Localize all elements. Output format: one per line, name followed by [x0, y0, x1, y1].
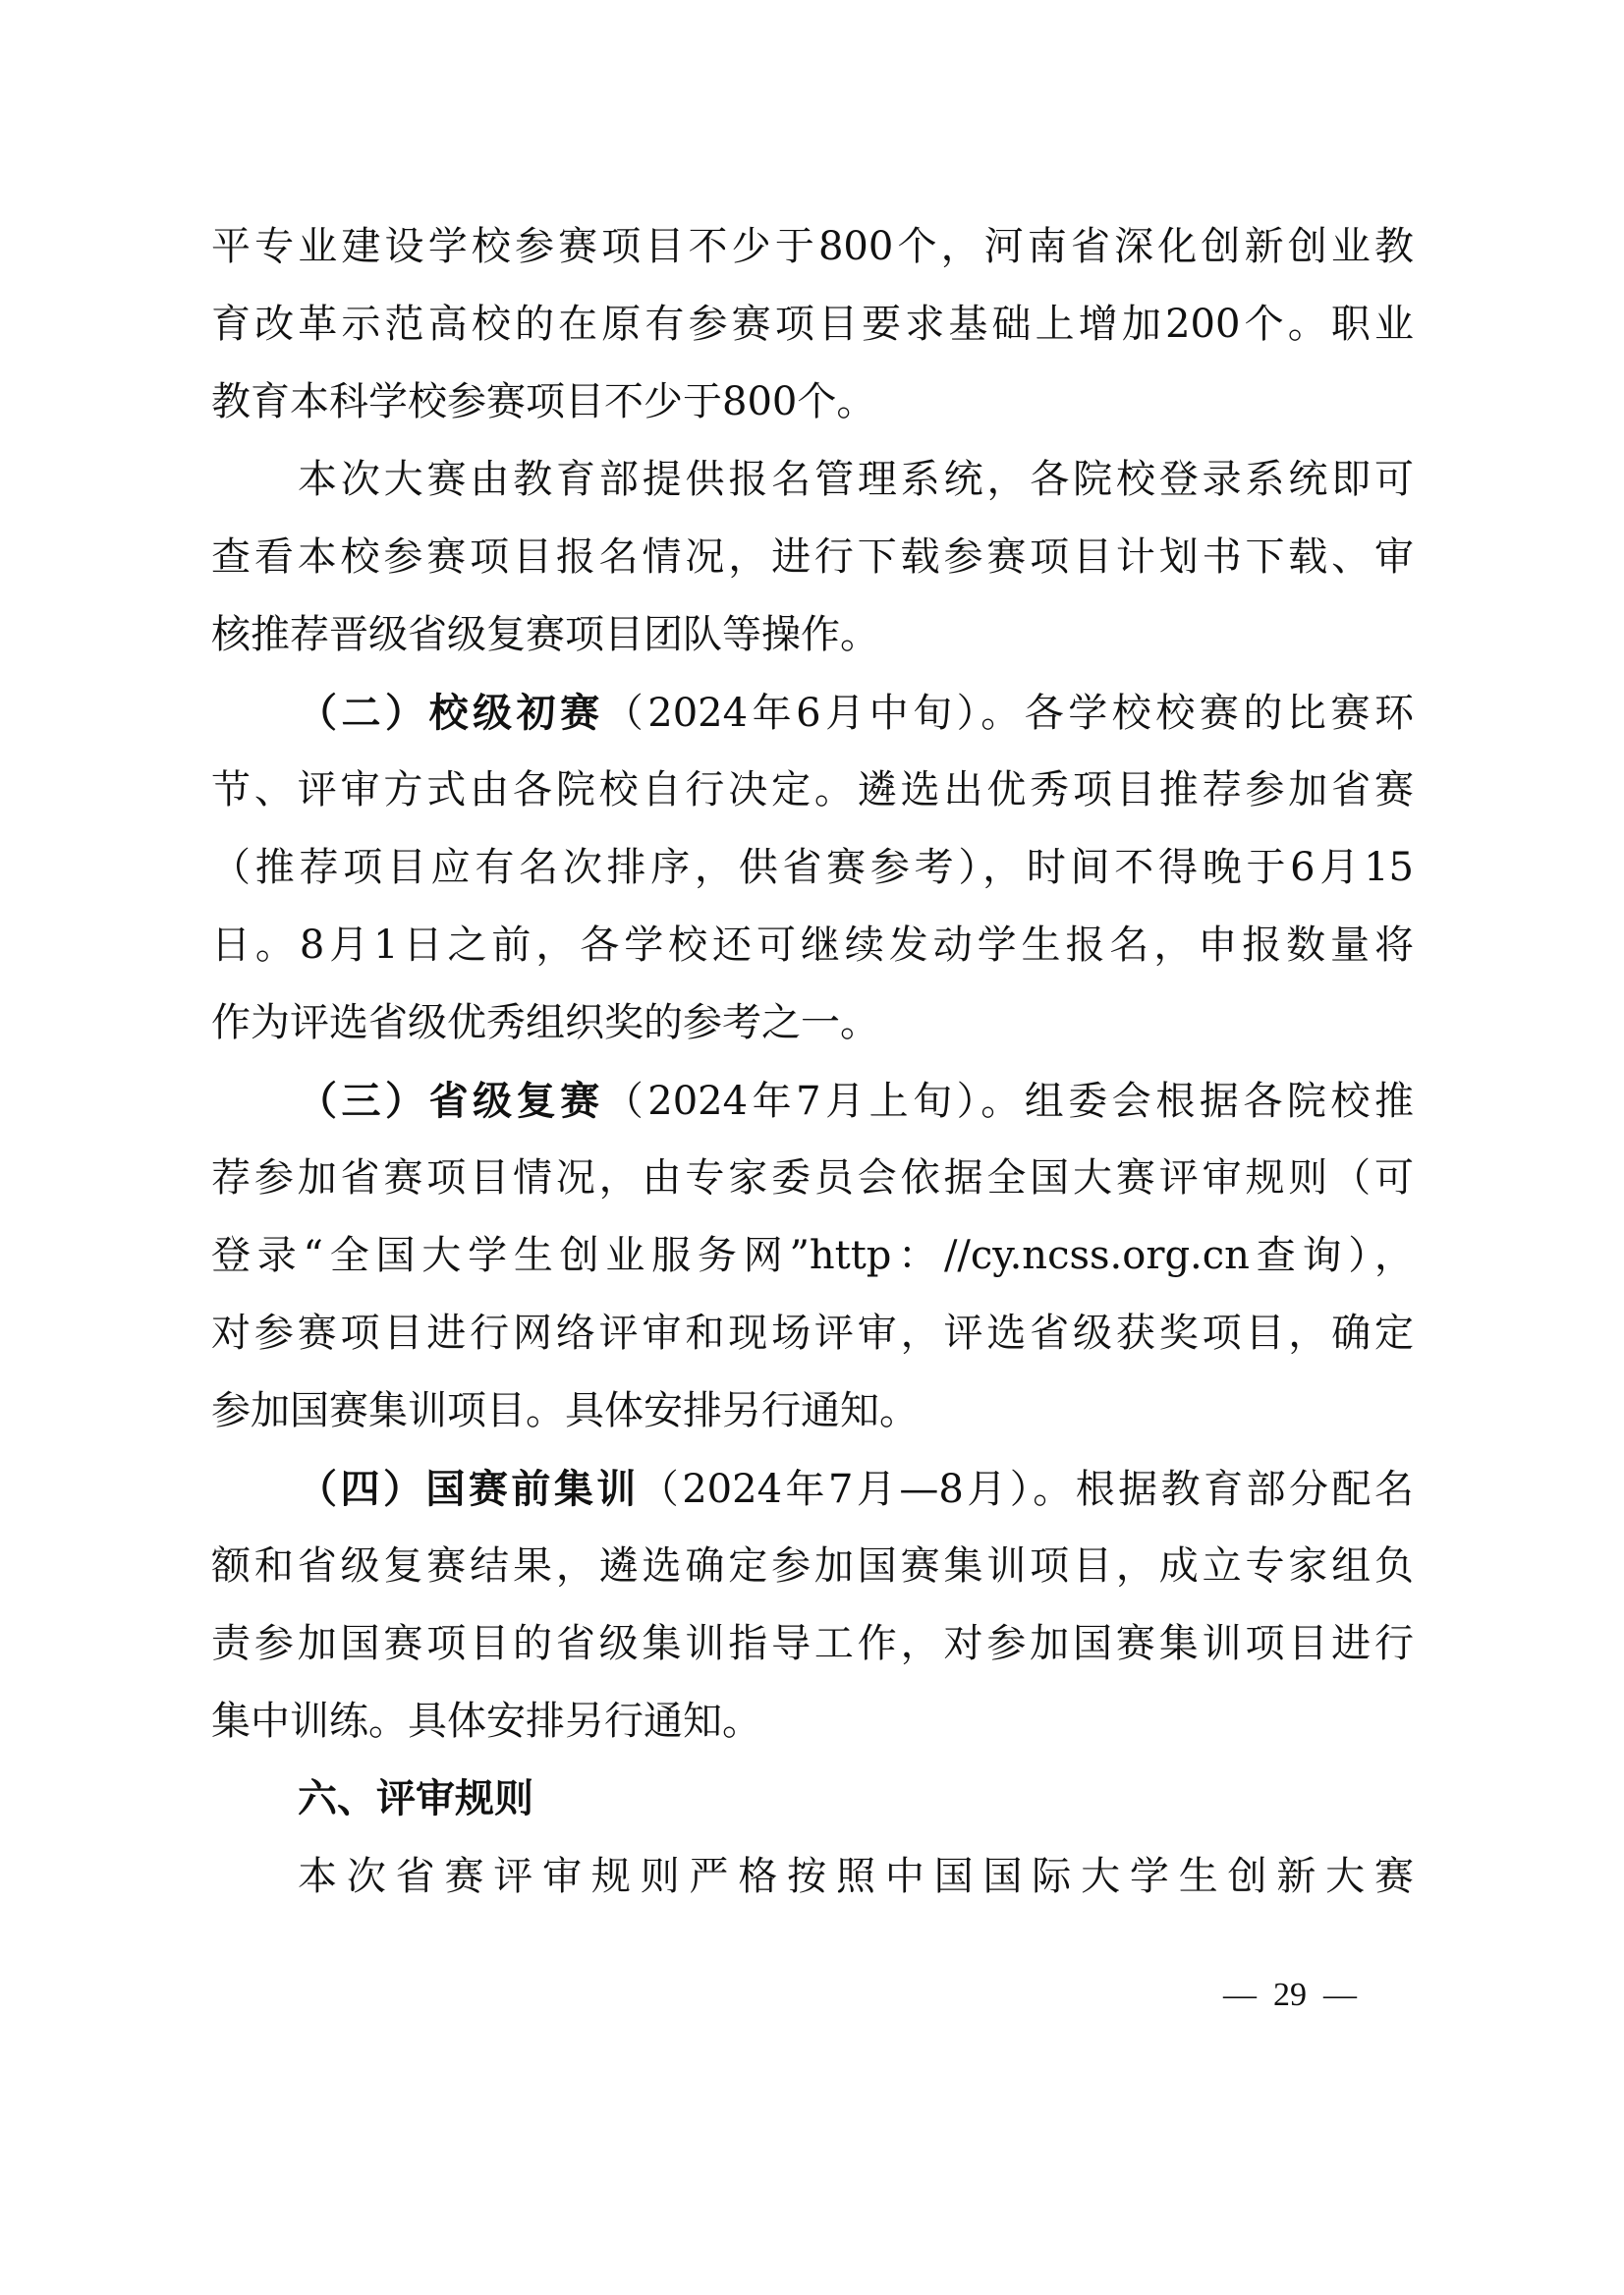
text-line: 集中训练。具体安排另行通知。	[211, 1683, 1414, 1761]
text-line: 责参加国赛项目的省级集训指导工作，对参加国赛集训项目进行	[211, 1605, 1414, 1683]
subsection-label: （二）校级初赛	[298, 690, 604, 736]
text-line: 作为评选省级优秀组织奖的参考之一。	[211, 984, 1414, 1062]
text-line: 对参赛项目进行网络评审和现场评审，评选省级获奖项目，确定	[211, 1295, 1414, 1372]
subsection-label: （三）省级复赛	[298, 1078, 604, 1124]
text-line: 日。8月1日之前，各学校还可继续发动学生报名，申报数量将	[211, 907, 1414, 984]
text-span: （2024年7月上旬）。组委会根据各院校推	[604, 1079, 1414, 1124]
document-page: 平专业建设学校参赛项目不少于800个，河南省深化创新创业教 育改革示范高校的在原…	[0, 0, 1624, 2295]
page-number: — 29 —	[1197, 1977, 1383, 2014]
text-line: 荐参加省赛项目情况，由专家委员会依据全国大赛评审规则（可	[211, 1140, 1414, 1217]
text-line: 核推荐晋级省级复赛项目团队等操作。	[211, 596, 1414, 674]
text-line: 教育本科学校参赛项目不少于800个。	[211, 364, 1414, 441]
text-line: 育改革示范高校的在原有参赛项目要求基础上增加200个。职业	[211, 286, 1414, 364]
text-span: （2024年7月—8月）。根据教育部分配名	[640, 1467, 1414, 1512]
text-line: （四）国赛前集训（2024年7月—8月）。根据教育部分配名	[211, 1450, 1414, 1528]
text-line: 平专业建设学校参赛项目不少于800个，河南省深化创新创业教	[211, 208, 1414, 286]
text-line: 额和省级复赛结果，遴选确定参加国赛集训项目，成立专家组负	[211, 1528, 1414, 1605]
text-line: 登录“全国大学生创业服务网”http：//cy.ncss.org.cn查询），	[211, 1217, 1414, 1295]
text-span: （2024年6月中旬）。各学校校赛的比赛环	[604, 691, 1414, 736]
text-line: 参加国赛集训项目。具体安排另行通知。	[211, 1372, 1414, 1450]
text-line: 节、评审方式由各院校自行决定。遴选出优秀项目推荐参加省赛	[211, 752, 1414, 829]
text-line: （推荐项目应有名次排序，供省赛参考），时间不得晚于6月15	[211, 829, 1414, 907]
body-text: 平专业建设学校参赛项目不少于800个，河南省深化创新创业教 育改革示范高校的在原…	[211, 208, 1414, 1916]
text-line: 本次省赛评审规则严格按照中国国际大学生创新大赛	[211, 1838, 1414, 1916]
subsection-label: （四）国赛前集训	[298, 1466, 640, 1512]
section-heading: 六、评审规则	[211, 1761, 1414, 1838]
text-line: （三）省级复赛（2024年7月上旬）。组委会根据各院校推	[211, 1062, 1414, 1140]
text-line: 本次大赛由教育部提供报名管理系统，各院校登录系统即可	[211, 441, 1414, 519]
text-line: 查看本校参赛项目报名情况，进行下载参赛项目计划书下载、审	[211, 519, 1414, 596]
text-line: （二）校级初赛（2024年6月中旬）。各学校校赛的比赛环	[211, 674, 1414, 752]
